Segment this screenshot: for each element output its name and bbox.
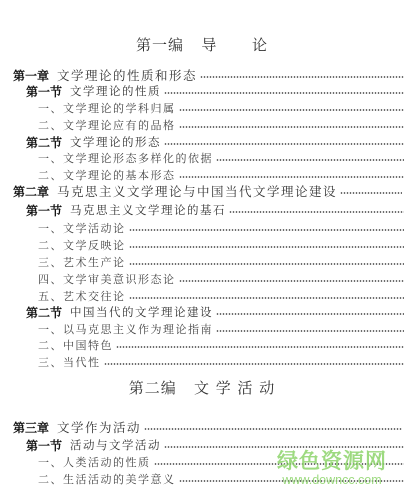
entry-title: 活动与文学活动 xyxy=(70,437,161,453)
toc-entry-chapter-2[interactable]: 第二章马克思主义文学理论与中国当代文学理论建设 14 xyxy=(0,183,404,199)
entry-title: 一、以马克思主义作为理论指南 xyxy=(38,321,213,337)
toc-entry-item[interactable]: 三、艺术生产论 17 xyxy=(0,254,404,270)
toc-entry-item[interactable]: 一、文学理论形态多样化的依据 9 xyxy=(0,150,404,166)
dot-leader xyxy=(216,159,404,161)
toc-entry-section[interactable]: 第二节中国当代的文学理论建设 20 xyxy=(0,304,404,320)
dot-leader xyxy=(164,143,404,145)
dot-leader xyxy=(200,76,404,78)
entry-title: 文学理论的形态 xyxy=(70,134,161,150)
toc-entry-item[interactable]: 五、艺术交往论 19 xyxy=(0,288,404,304)
entry-title: 二、文学反映论 xyxy=(38,237,126,253)
dot-leader xyxy=(179,126,404,128)
dot-leader xyxy=(179,280,404,282)
section-number: 第一节 xyxy=(26,437,62,454)
toc-entry-item[interactable]: 一、以马克思主义作为理论指南 21 xyxy=(0,321,404,337)
entry-title: 一、人类活动的性质 xyxy=(38,454,151,470)
section-number: 第二节 xyxy=(26,134,62,151)
entry-title: 一、文学理论的学科归属 xyxy=(38,100,176,116)
dot-leader xyxy=(179,176,404,178)
entry-title: 二、文学理论应有的品格 xyxy=(38,117,176,133)
chapter-number: 第一章 xyxy=(13,67,49,84)
dot-leader xyxy=(179,109,404,111)
toc-entry-item[interactable]: 一、文学活动论 15 xyxy=(0,220,404,236)
entry-title: 马克思主义文学理论与中国当代文学理论建设 xyxy=(57,182,337,200)
dot-leader xyxy=(129,297,404,299)
entry-title: 二、中国特色 xyxy=(38,337,113,353)
toc-entry-item[interactable]: 二、文学理论的基本形态 10 xyxy=(0,167,404,183)
dot-leader xyxy=(129,246,404,248)
entry-title: 四、文学审美意识形态论 xyxy=(38,271,176,287)
dot-leader xyxy=(164,92,404,94)
entry-title: 二、生活活动的美学意义 xyxy=(38,471,176,487)
part-title-2: 第二编 文 学 活 动 xyxy=(0,377,404,398)
dot-leader xyxy=(129,263,404,265)
toc-entry-item[interactable]: 四、文学审美意识形态论 18 xyxy=(0,271,404,287)
part-title-1: 第一编 导 论 xyxy=(0,34,404,55)
watermark: 绿色资源网 www.downcc.com xyxy=(272,449,392,487)
toc-entry-item[interactable]: 二、文学理论应有的品格 7 xyxy=(0,117,404,133)
dot-leader xyxy=(216,313,404,315)
dot-leader xyxy=(340,192,402,194)
toc-entry-item[interactable]: 二、文学反映论 16 xyxy=(0,237,404,253)
toc-entry-chapter-1[interactable]: 第一章文学理论的性质和形态 3 xyxy=(0,67,404,83)
dot-leader xyxy=(164,446,404,448)
toc-entry-item[interactable]: 二、中国特色 22 xyxy=(0,337,404,353)
entry-title: 文学理论的性质 xyxy=(70,83,161,99)
toc-entry-section[interactable]: 第二节文学理论的形态 9 xyxy=(0,134,404,150)
chapter-number: 第二章 xyxy=(13,183,49,200)
entry-title: 一、文学理论形态多样化的依据 xyxy=(38,150,213,166)
dot-leader xyxy=(216,330,404,332)
entry-title: 五、艺术交往论 xyxy=(38,288,126,304)
dot-leader xyxy=(229,211,404,213)
entry-title: 一、文学活动论 xyxy=(38,220,126,236)
section-number: 第一节 xyxy=(26,83,62,100)
toc-entry-item[interactable]: 三、当代性 23 xyxy=(0,354,404,370)
toc-entry-section[interactable]: 第一节马克思主义文学理论的基石 14 xyxy=(0,202,404,218)
entry-title: 三、当代性 xyxy=(38,354,101,370)
watermark-url: www.downcc.com xyxy=(272,473,392,487)
toc-entry-section[interactable]: 第一节文学理论的性质 3 xyxy=(0,83,404,99)
entry-title: 三、艺术生产论 xyxy=(38,254,126,270)
section-number: 第一节 xyxy=(26,202,62,219)
entry-title: 文学理论的性质和形态 xyxy=(57,66,197,84)
dot-leader xyxy=(144,428,402,430)
section-number: 第二节 xyxy=(26,304,62,321)
toc-entry-item[interactable]: 一、文学理论的学科归属 3 xyxy=(0,100,404,116)
entry-title: 文学作为活动 xyxy=(57,418,141,436)
dot-leader xyxy=(104,363,404,365)
entry-title: 马克思主义文学理论的基石 xyxy=(70,202,226,218)
entry-title: 中国当代的文学理论建设 xyxy=(70,304,213,320)
entry-title: 二、文学理论的基本形态 xyxy=(38,167,176,183)
dot-leader xyxy=(129,229,404,231)
watermark-name: 绿色资源网 xyxy=(272,449,392,473)
dot-leader xyxy=(116,346,404,348)
toc-entry-chapter-3[interactable]: 第三章文学作为活动 29 xyxy=(0,419,404,435)
chapter-number: 第三章 xyxy=(13,419,49,436)
